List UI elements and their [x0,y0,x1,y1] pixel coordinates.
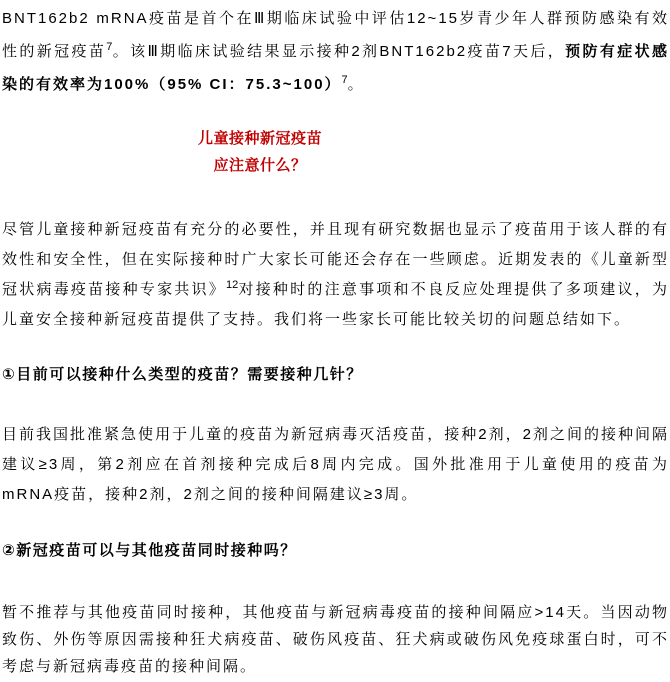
question-1-answer: 目前我国批准紧急使用于儿童的疫苗为新冠病毒灭活疫苗，接种2剂，2剂之间的接种间隔… [2,420,669,510]
question-2-answer: 暂不推荐与其他疫苗同时接种，其他疫苗与新冠病毒疫苗的接种间隔应>14天。当因动物… [2,599,669,680]
intro-text-end: 。 [348,76,365,93]
intro-text-middle: 。该Ⅲ期临床试验结果显示接种2剂BNT162b2疫苗7天后， [112,43,565,60]
section-title-line1: 儿童接种新冠疫苗 [2,125,518,152]
overview-paragraph: 尽管儿童接种新冠疫苗有充分的必要性，并且现有研究数据也显示了疫苗用于该人群的有效… [2,215,669,335]
section-title: 儿童接种新冠疫苗 应注意什么？ [2,125,518,179]
intro-paragraph: BNT162b2 mRNA疫苗是首个在Ⅲ期临床试验中评估12~15岁青少年人群预… [2,1,669,101]
document-page: { "page": { "background": "#ffffff", "te… [0,0,670,682]
section-title-line2: 应注意什么？ [2,152,518,179]
reference-12-superscript: 12 [226,279,238,291]
article-body: BNT162b2 mRNA疫苗是首个在Ⅲ期临床试验中评估12~15岁青少年人群预… [0,0,670,680]
question-1-heading: ①目前可以接种什么类型的疫苗？需要接种几针？ [2,363,669,386]
question-2-heading: ②新冠疫苗可以与其他疫苗同时接种吗？ [2,539,669,562]
